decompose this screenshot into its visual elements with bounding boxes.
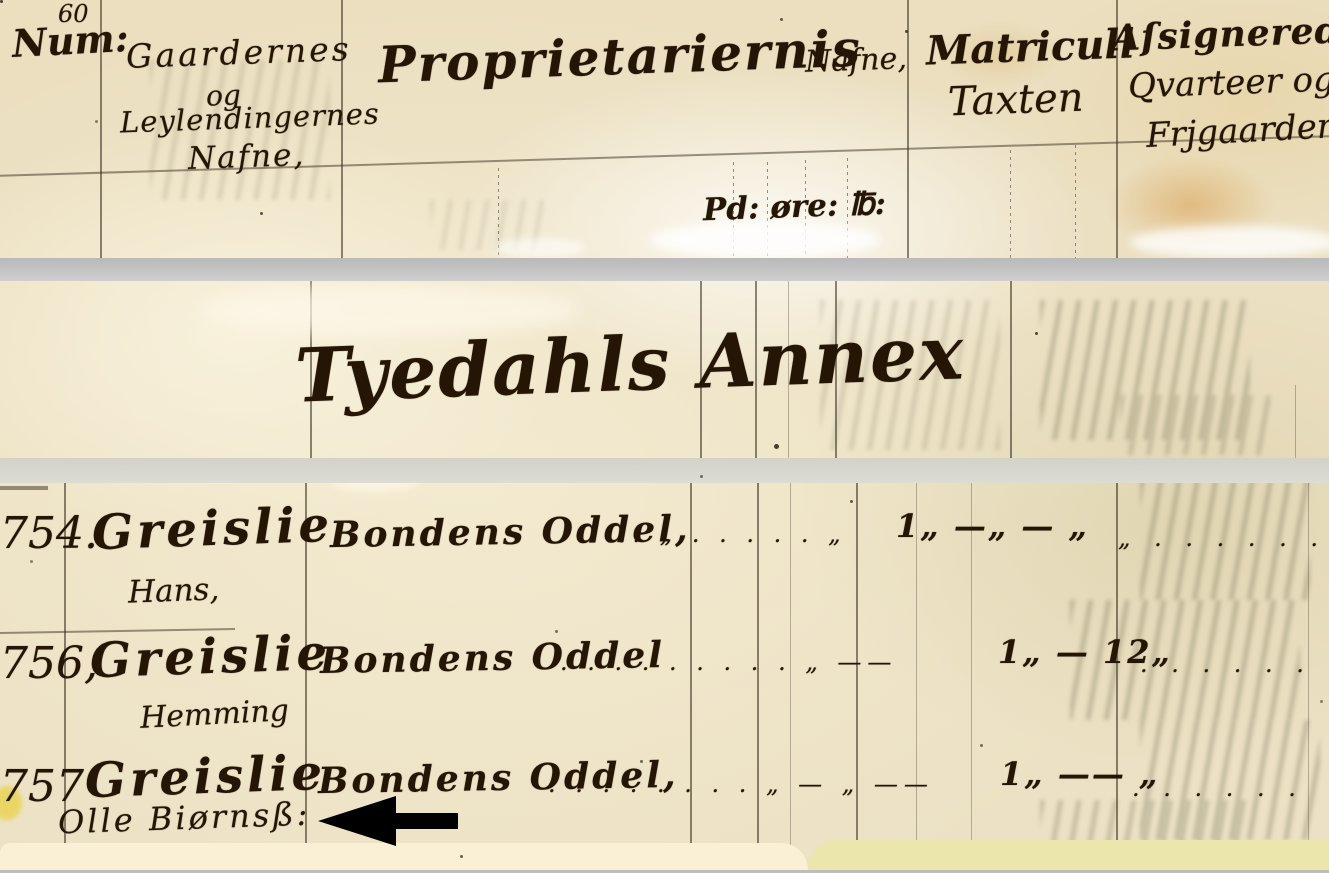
header-col-proprietors: Proprietariernis <box>377 24 862 91</box>
leader-dots: . . . . . . . . . „ —— <box>560 650 897 674</box>
manuscript-page: 60 Num: Gaardernes og Leylendingernes Na… <box>0 0 1329 873</box>
row-number: 754. <box>0 512 98 556</box>
ruled-line <box>1010 150 1011 258</box>
scan-divider <box>0 458 1329 483</box>
bleed-through-mark <box>1120 395 1270 455</box>
leader-dots: . . . . . . . . „ — „ —— <box>548 772 934 796</box>
occupant-name: Hans, <box>127 574 219 608</box>
tax-value: 1„ —„ — „ <box>896 510 1089 542</box>
ink-speckles <box>0 0 3 3</box>
left-arrow-icon <box>318 796 396 846</box>
header-col-assigned-line1: Aſsignerede <box>1111 12 1329 57</box>
farm-name: Greislie <box>89 629 332 685</box>
scan-divider <box>0 258 1329 281</box>
trailing-dots: „ . . . . . . <box>1118 526 1326 550</box>
ruled-line <box>1295 385 1296 458</box>
header-col-assigned-line3: Frjgaarden <box>1145 109 1329 153</box>
ruled-line <box>0 486 48 490</box>
paper-patch <box>495 238 585 258</box>
paper-patch <box>1130 226 1329 258</box>
row-number: 756, <box>0 642 98 686</box>
ruled-line <box>1010 281 1012 458</box>
paper-patch <box>650 222 880 258</box>
farm-name: Greislie <box>91 501 334 557</box>
paper-patch <box>0 843 808 870</box>
ruled-line <box>1075 145 1076 258</box>
header-col-assigned-line2: Qvarteer og <box>1127 62 1329 103</box>
header-col-proprietors-suffix: Nafne, <box>805 44 908 78</box>
header-units: Pd: øre: ℔: <box>703 189 887 226</box>
ruled-line <box>907 0 909 258</box>
header-col-num: Num: <box>11 19 129 63</box>
header-col-matricul-line2: Taxten <box>947 78 1084 123</box>
paper-patch <box>808 840 1329 870</box>
occupant-name: Olle Biørnsß: <box>58 798 311 839</box>
ruled-line <box>856 483 858 873</box>
header-col-matricul-line1: Matricull <box>925 24 1135 71</box>
header-col-farms-line1: Gaardernes <box>125 32 352 73</box>
leader-dots: . . . „ . . . . . „ <box>578 522 847 546</box>
left-arrow-tail <box>394 813 458 829</box>
header-col-farms-line3: Leylendingernes <box>120 99 381 137</box>
section-title: Tyedahls Annex <box>294 316 966 413</box>
trailing-dots: . . . . . . . <box>1140 652 1329 676</box>
header-col-farms-line4: Nafne, <box>187 140 305 175</box>
trailing-dots: . . . . . . <box>1132 776 1304 800</box>
occupant-name: Hemming <box>139 696 289 734</box>
